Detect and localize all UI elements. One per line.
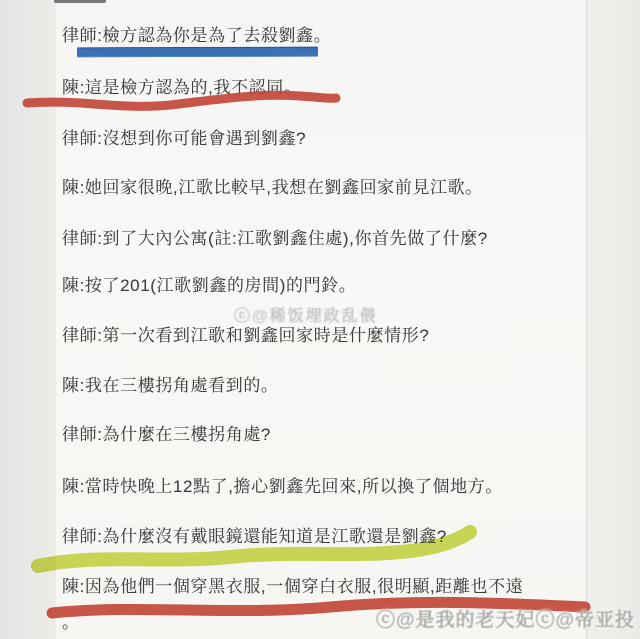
photo-right-margin	[586, 0, 640, 639]
watermark-bottom-right: ⓒ@是我的老天妃ⓒ@帝亚投	[376, 605, 635, 632]
dialog-line-chen-3: 陳:按了201(江歌劉鑫的房間)的門鈴。	[62, 276, 356, 296]
transcript-photo: 律師:檢方認為你是為了去殺劉鑫。 陳:這是檢方認為的,我不認同。 律師:沒想到你…	[0, 0, 640, 639]
dialog-line-lawyer-6: 律師:為什麼沒有戴眼鏡還能知道是江歌還是劉鑫?	[62, 527, 447, 547]
dialog-line-chen-4: 陳:我在三樓拐角處看到的。	[62, 376, 279, 396]
dialog-line-chen-6: 陳:因為他們一個穿黑衣服,一個穿白衣服,很明顯,距離也不遠	[62, 577, 523, 597]
dialog-line-lawyer-5: 律師:為什麼在三樓拐角處?	[62, 425, 271, 445]
blue-underline-annotation	[77, 47, 318, 58]
photo-left-margin	[0, 0, 57, 639]
dialog-line-lawyer-1: 律師:檢方認為你是為了去殺劉鑫。	[62, 26, 331, 46]
top-edge-smudge	[54, 0, 106, 3]
dialog-line-chen-6-period: 。	[62, 613, 80, 633]
dialog-line-chen-2: 陳:她回家很晚,江歌比較早,我想在劉鑫回家前見江歌。	[62, 178, 483, 198]
dialog-line-lawyer-4: 律師:第一次看到江歌和劉鑫回家時是什麼情形?	[62, 326, 429, 346]
watermark-center: ⓒ@稀饭埋政乱偎	[234, 303, 378, 326]
dialog-line-chen-1: 陳:這是檢方認為的,我不認同。	[62, 78, 301, 98]
dialog-line-chen-5: 陳:當時快晚上12點了,擔心劉鑫先回來,所以換了個地方。	[62, 477, 503, 497]
dialog-line-lawyer-3: 律師:到了大內公寓(註:江歌劉鑫住處),你首先做了什麼?	[62, 229, 488, 249]
dialog-line-lawyer-2: 律師:沒想到你可能會遇到劉鑫?	[62, 129, 306, 149]
